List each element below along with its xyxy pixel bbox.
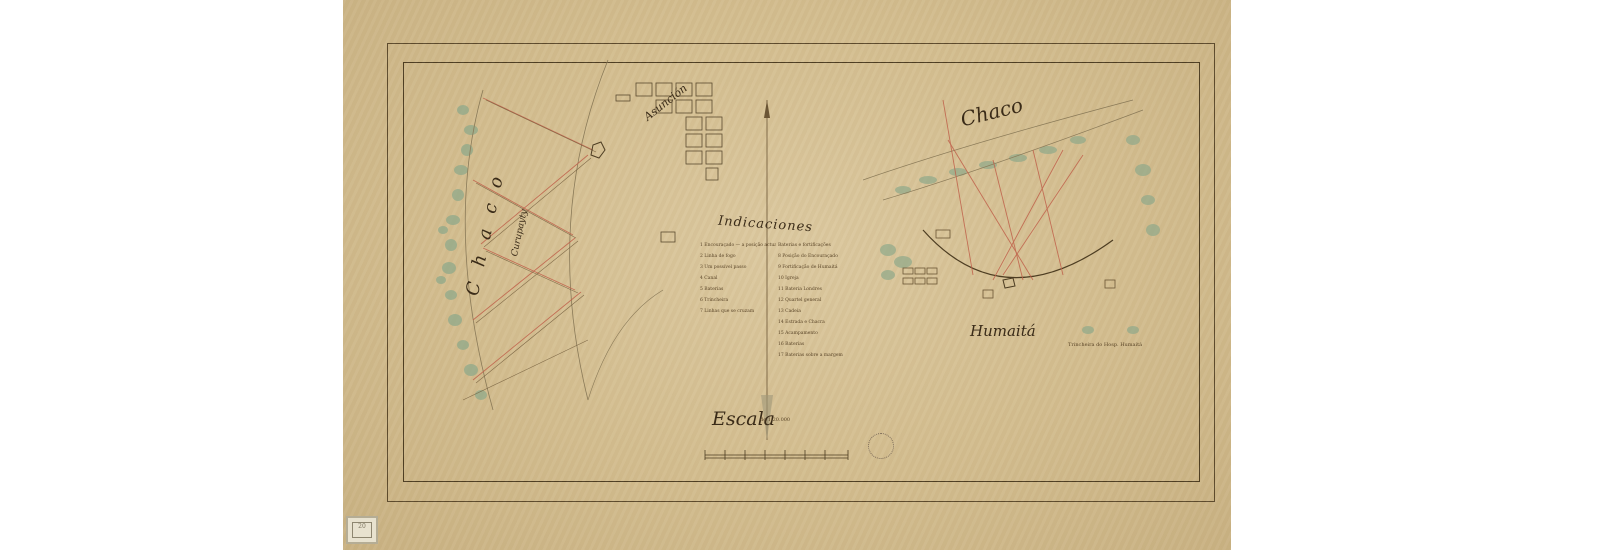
legend-item: 10 Igreja <box>778 273 854 284</box>
legend-item: 7 Linhas que se cruzam <box>700 306 776 317</box>
legend-item: 1 Encouraçado — a posição actual <box>700 240 776 251</box>
legend-item: 2 Linha de fogo <box>700 251 776 262</box>
legend-item: Baterias e fortificações <box>778 240 854 251</box>
label-humaita: Humaitá <box>970 322 1036 340</box>
legend-item: 6 Trincheira <box>700 295 776 306</box>
library-stamp <box>868 433 894 459</box>
catalog-tag: 20 <box>346 516 378 544</box>
legend-item: 12 Quartel general <box>778 295 854 306</box>
legend-item: 8 Posição do Encouraçado <box>778 251 854 262</box>
catalog-tag-label: 20 <box>352 522 372 538</box>
scale-bar <box>705 450 848 460</box>
legend-item: 4 Canal <box>700 273 776 284</box>
legend-item: 5 Baterias <box>700 284 776 295</box>
legend-item: 14 Estrada e Chacra <box>778 317 854 328</box>
scale-subtitle: de 1:20.000 <box>760 417 790 423</box>
legend-item: 11 Bateria Londres <box>778 284 854 295</box>
legend-item: 9 Fortificação de Humaitá <box>778 262 854 273</box>
vegetation-right <box>880 135 1160 334</box>
legend-item: 17 Baterias sobre a margem <box>778 350 854 361</box>
legend-right-column: Baterias e fortificações 8 Posição do En… <box>778 240 854 361</box>
legend-item: 3 Um possível passo <box>700 262 776 273</box>
legend-item: 16 Baterias <box>778 339 854 350</box>
label-note-right: Trincheira do Hosp. Humaitá <box>1068 342 1142 348</box>
legend-left-column: 1 Encouraçado — a posição actual 2 Linha… <box>700 240 776 317</box>
legend-item: 15 Acampamento <box>778 328 854 339</box>
legend-item: 13 Cadeia <box>778 306 854 317</box>
